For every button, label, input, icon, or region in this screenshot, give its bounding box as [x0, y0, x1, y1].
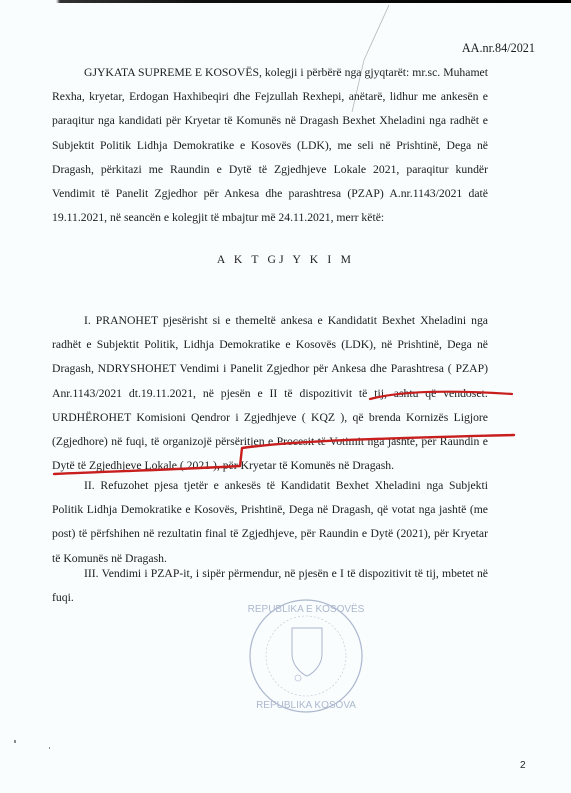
stamp-top-text: REPUBLIKA E KOSOVËS	[248, 603, 365, 615]
stamp-bottom-text: REPUBLIKA KOSOVA	[256, 700, 356, 711]
intro-paragraph: GJYKATA SUPREME E KOSOVËS, kolegji i për…	[52, 61, 488, 230]
judgment-title: A K T GJ Y K I M	[0, 253, 571, 266]
paragraph-1-text: I. PRANOHET pjesërisht si e themeltë ank…	[52, 314, 488, 472]
scan-edge-shadow	[0, 0, 571, 3]
intro-text: GJYKATA SUPREME E KOSOVËS, kolegji i për…	[52, 66, 488, 224]
paragraph-1: I. PRANOHET pjesërisht si e themeltë ank…	[52, 309, 488, 478]
paragraph-2-text: II. Refuzohet pjesa tjetër e ankesës të …	[52, 479, 488, 565]
official-seal-stamp: REPUBLIKA E KOSOVËS REPUBLIKA KOSOVA	[246, 596, 366, 716]
page-number: 2	[520, 760, 526, 771]
scan-speck	[14, 740, 16, 743]
scan-speck	[49, 747, 50, 749]
paragraph-2: II. Refuzohet pjesa tjetër e ankesës të …	[52, 474, 488, 571]
case-number: AA.nr.84/2021	[462, 41, 535, 56]
